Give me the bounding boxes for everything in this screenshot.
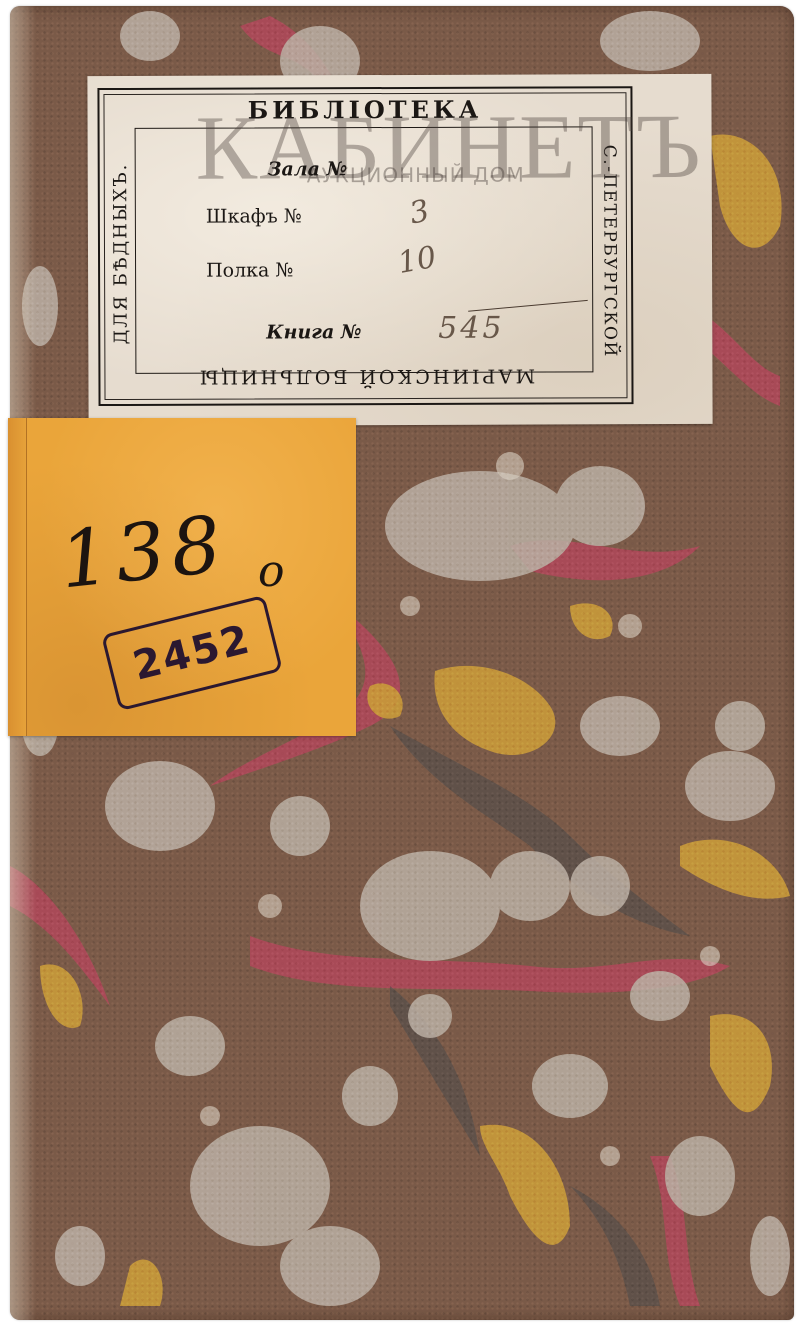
tag-handwritten-suffix: о — [258, 546, 285, 597]
tag-fold — [8, 418, 27, 736]
watermark-subtitle: АУКЦИОННЫЙ ДОМ — [196, 162, 636, 188]
field-book-value: 545 — [438, 311, 504, 346]
inventory-stamp: 2452 — [101, 595, 283, 711]
library-label: БИБЛIОТЕКА ДЛЯ БѢДНЫХЪ. С.-ПЕТЕРБУРГСКОЙ… — [87, 74, 712, 426]
field-book-label: Книга № — [266, 321, 361, 343]
label-side-left-text: ДЛЯ БѢДНЫХЪ. — [110, 162, 132, 344]
stamp-number: 2452 — [129, 616, 256, 690]
tag-handwritten-number: 138 — [56, 500, 231, 607]
field-hall-label: Зала № — [268, 158, 348, 180]
field-shelf-value: 10 — [395, 240, 439, 281]
label-side-left: ДЛЯ БѢДНЫХЪ. — [110, 134, 133, 372]
shelf-tag: 138 о 2452 — [8, 418, 356, 736]
field-cabinet-label: Шкафъ № — [206, 205, 302, 227]
field-shelf-label: Полка № — [206, 259, 293, 281]
label-side-bottom: МАРIИНСКОЙ БОЛЬНИЦЫ — [88, 364, 643, 388]
